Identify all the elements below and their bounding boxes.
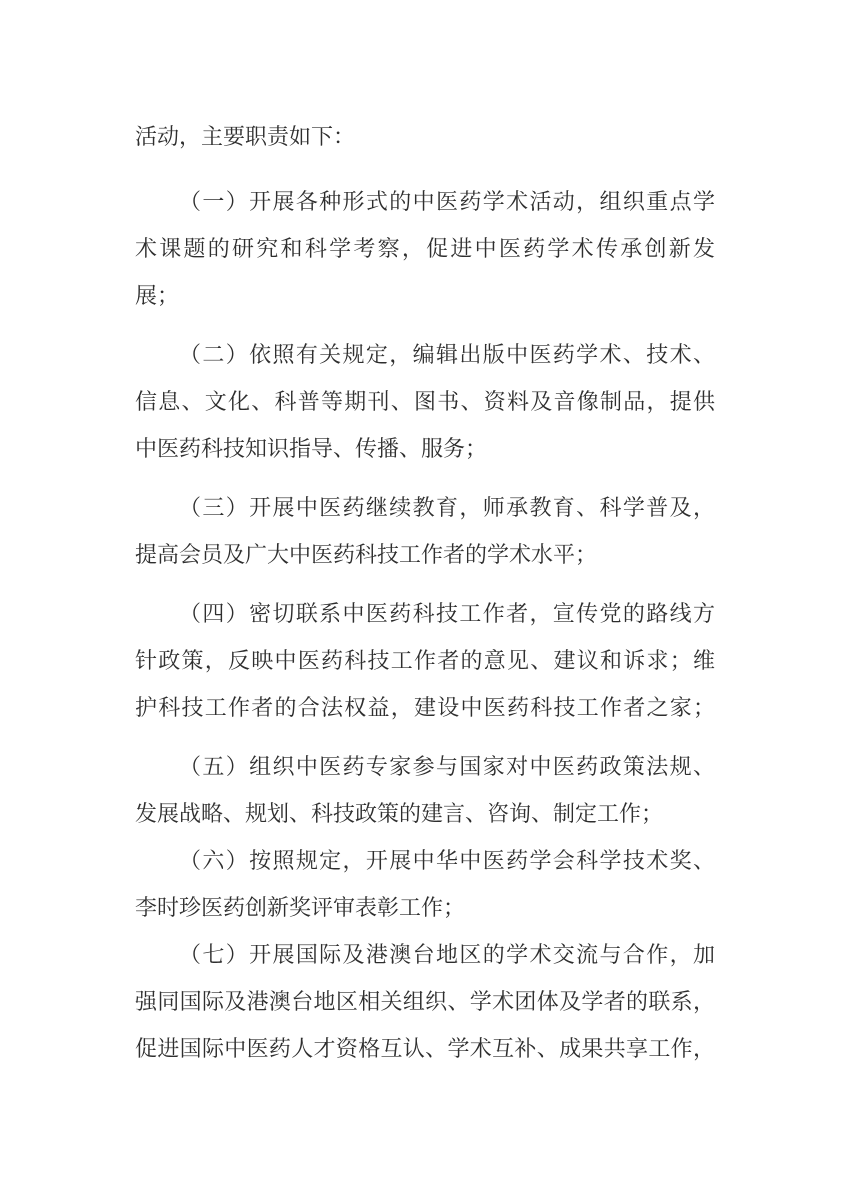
duty-item-5: （五）组织中医药专家参与国家对中医药政策法规、 发展战略、规划、科技政策的建言、… (135, 743, 715, 837)
text-line: （五）组织中医药专家参与国家对中医药政策法规、 (135, 743, 715, 790)
text-line: （二）依照有关规定，编辑出版中医药学术、技术、 (135, 331, 715, 378)
duty-item-4: （四）密切联系中医药科技工作者，宣传党的路线方 针政策，反映中医药科技工作者的意… (135, 590, 715, 731)
text-line: 中医药科技知识指导、传播、服务； (135, 425, 715, 472)
text-block: 活动，主要职责如下： （一）开展各种形式的中医药学术活动，组织重点学 术课题的研… (135, 113, 715, 1072)
document-page: 活动，主要职责如下： （一）开展各种形式的中医药学术活动，组织重点学 术课题的研… (0, 0, 848, 1200)
text-line: （七）开展国际及港澳台地区的学术交流与合作，加 (135, 931, 715, 978)
text-line: 术课题的研究和科学考察，促进中医药学术传承创新发 (135, 225, 715, 272)
text-line: （一）开展各种形式的中医药学术活动，组织重点学 (135, 178, 715, 225)
duty-item-7: （七）开展国际及港澳台地区的学术交流与合作，加 强同国际及港澳台地区相关组织、学… (135, 931, 715, 1072)
duty-item-2: （二）依照有关规定，编辑出版中医药学术、技术、 信息、文化、科普等期刊、图书、资… (135, 331, 715, 472)
text-line: 展； (135, 272, 715, 319)
intro-continuation-line: 活动，主要职责如下： (135, 113, 715, 160)
text-line: 护科技工作者的合法权益，建设中医药科技工作者之家； (135, 684, 715, 731)
duty-item-1: （一）开展各种形式的中医药学术活动，组织重点学 术课题的研究和科学考察，促进中医… (135, 178, 715, 319)
text-line: 李时珍医药创新奖评审表彰工作； (135, 884, 715, 931)
text-line: 针政策，反映中医药科技工作者的意见、建议和诉求；维 (135, 637, 715, 684)
text-line: （四）密切联系中医药科技工作者，宣传党的路线方 (135, 590, 715, 637)
text-line: （三）开展中医药继续教育，师承教育、科学普及， (135, 484, 715, 531)
text-line: 提高会员及广大中医药科技工作者的学术水平； (135, 531, 715, 578)
text-line: （六）按照规定，开展中华中医药学会科学技术奖、 (135, 837, 715, 884)
text-line: 强同国际及港澳台地区相关组织、学术团体及学者的联系， (135, 978, 715, 1025)
text-line: 促进国际中医药人才资格互认、学术互补、成果共享工作， (135, 1025, 715, 1072)
duty-item-6: （六）按照规定，开展中华中医药学会科学技术奖、 李时珍医药创新奖评审表彰工作； (135, 837, 715, 931)
duty-item-3: （三）开展中医药继续教育，师承教育、科学普及， 提高会员及广大中医药科技工作者的… (135, 484, 715, 578)
text-line: 信息、文化、科普等期刊、图书、资料及音像制品，提供 (135, 378, 715, 425)
text-line: 发展战略、规划、科技政策的建言、咨询、制定工作； (135, 790, 715, 837)
